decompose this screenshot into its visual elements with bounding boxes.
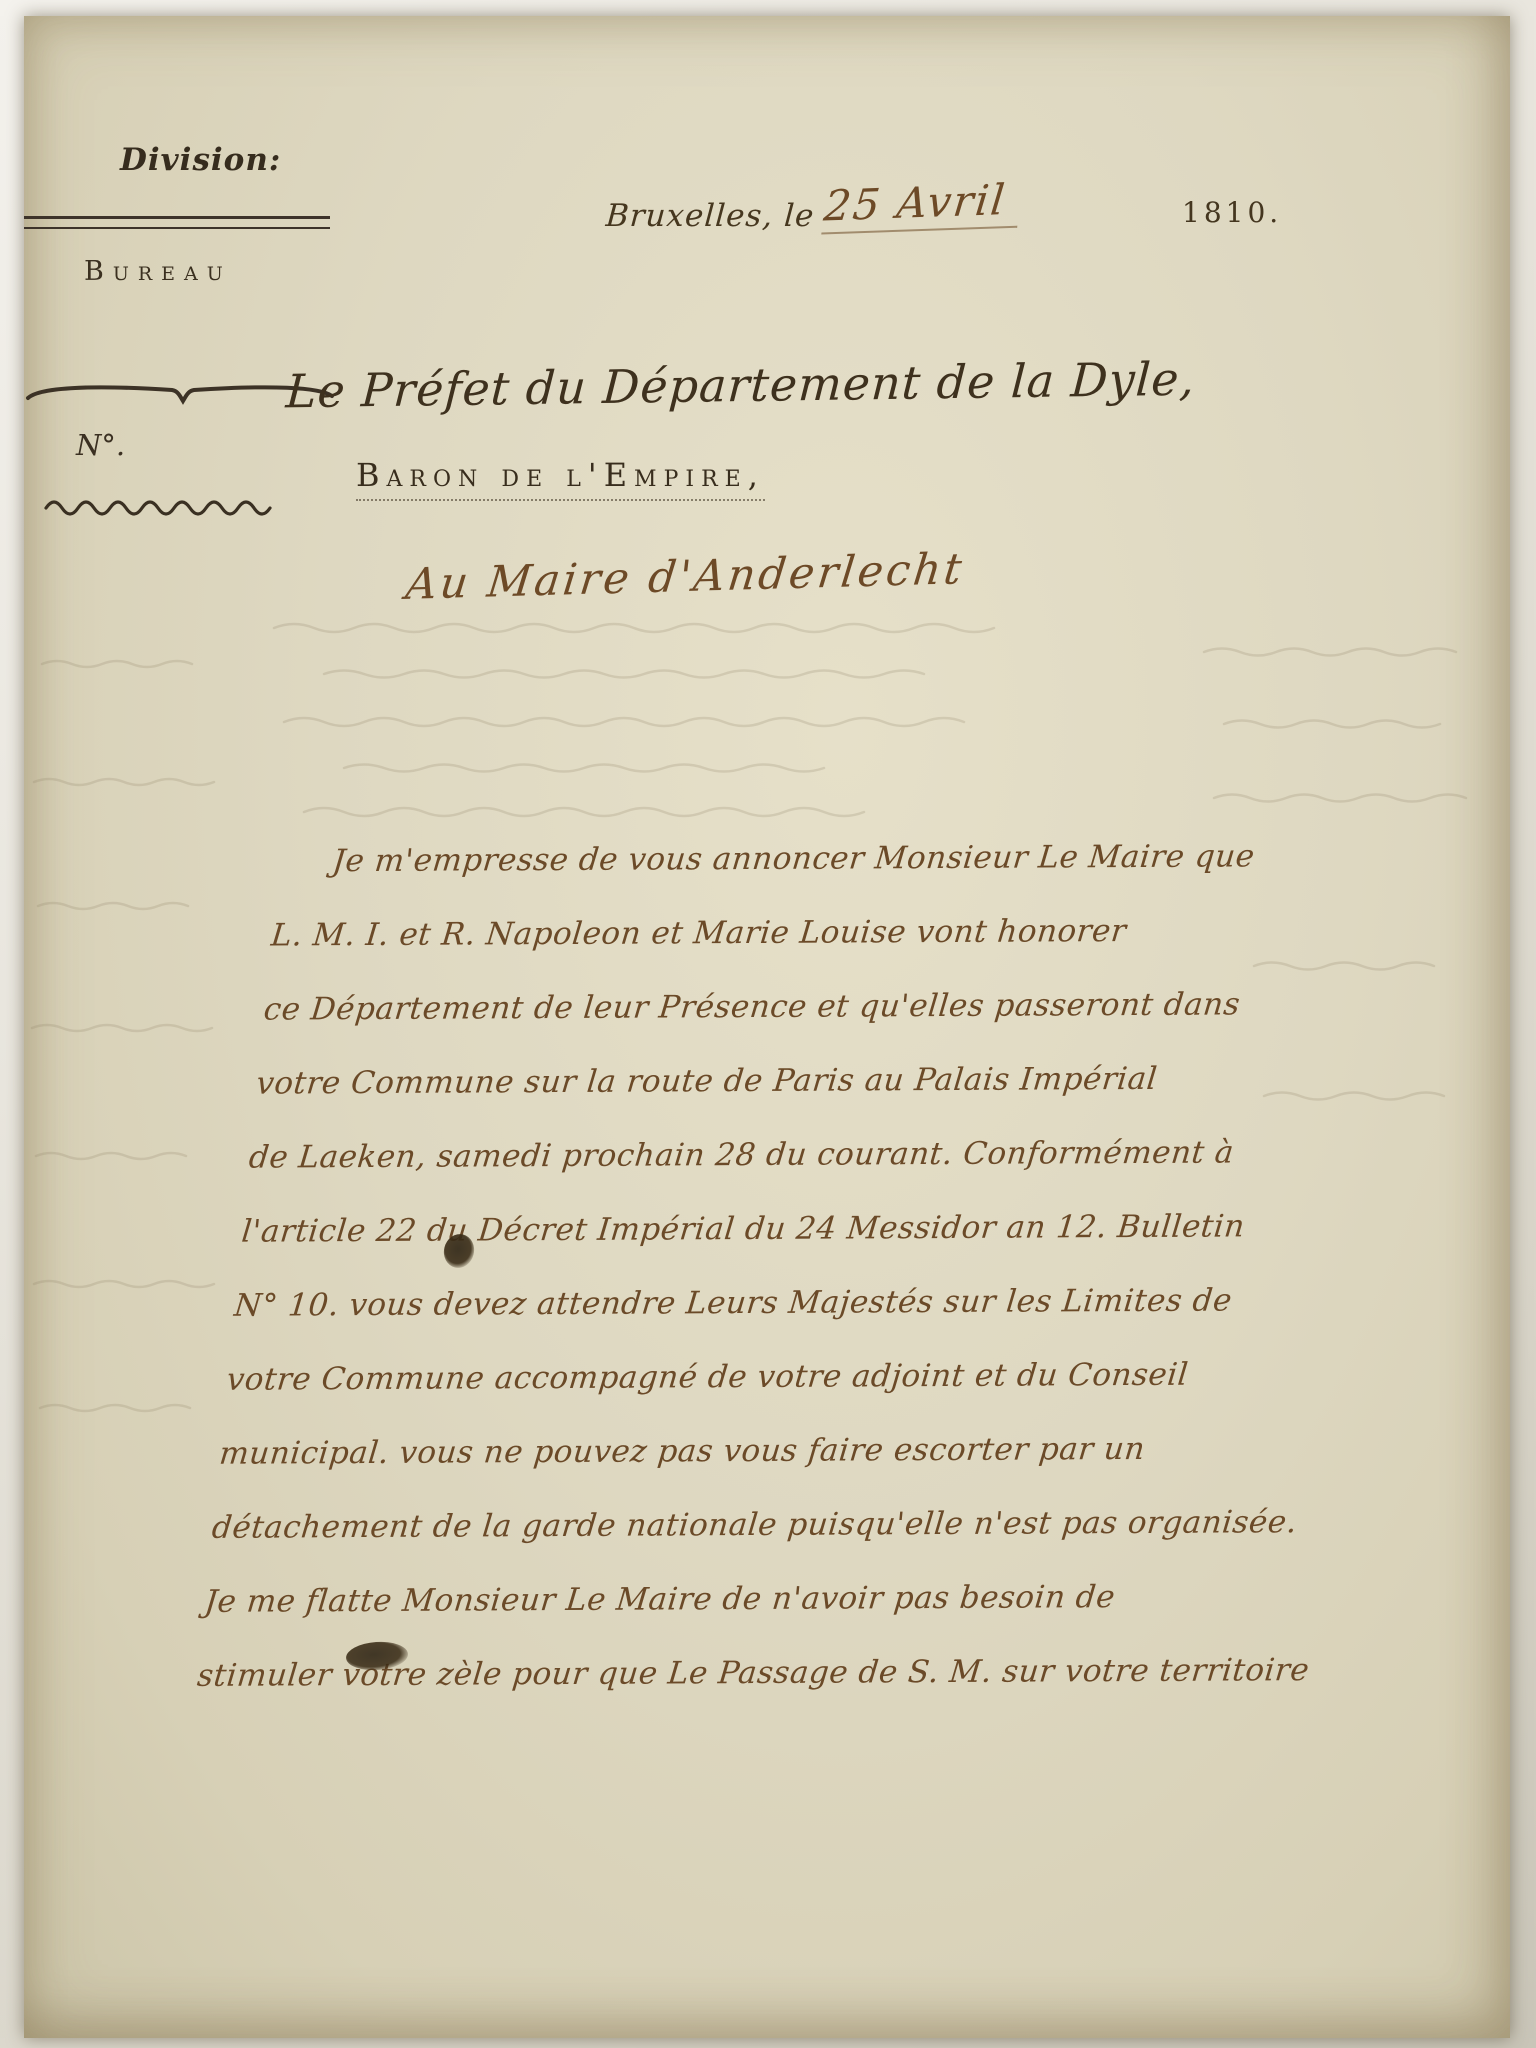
body-line: de Laeken, samedi prochain 28 du courant… — [245, 1115, 1282, 1194]
body-line: L. M. I. et R. Napoleon et Marie Louise … — [268, 893, 1305, 972]
recipient-line: Au Maire d'Anderlecht — [403, 544, 967, 610]
body-line: stimuler votre zèle pour que Le Passage … — [194, 1634, 1231, 1713]
letter-title: Le Préfet du Département de la Dyle, — [285, 352, 1197, 419]
dateline-year: 1810. — [1182, 196, 1282, 229]
numero-label: N°. — [76, 428, 125, 462]
letter-body: Je m'empresse de vous annoncer Monsieur … — [194, 819, 1313, 1713]
letter-photo: Division: Bureau N°. Bruxelles, le 25 Av… — [0, 0, 1536, 2048]
body-line: municipal. vous ne pouvez pas vous faire… — [216, 1411, 1253, 1490]
letter-paper: Division: Bureau N°. Bruxelles, le 25 Av… — [24, 16, 1510, 2038]
body-line: Je m'empresse de vous annoncer Monsieur … — [275, 819, 1312, 898]
chain-ornament — [42, 496, 272, 516]
dateline-handwritten-date: 25 Avril — [821, 174, 1023, 234]
body-line: votre Commune sur la route de Paris au P… — [253, 1041, 1290, 1120]
body-line: détachement de la garde nationale puisqu… — [208, 1485, 1245, 1564]
dateline-place: Bruxelles, le — [605, 198, 816, 234]
bureau-label: Bureau — [84, 256, 232, 287]
body-line: votre Commune accompagné de votre adjoin… — [223, 1337, 1260, 1416]
letter-subtitle: Baron de l'Empire, — [356, 456, 765, 501]
body-line: N° 10. vous devez attendre Leurs Majesté… — [231, 1263, 1268, 1342]
body-line: ce Département de leur Présence et qu'el… — [260, 967, 1297, 1046]
body-line: Je me flatte Monsieur Le Maire de n'avoi… — [201, 1559, 1238, 1638]
body-line: l'article 22 du Décret Impérial du 24 Me… — [238, 1189, 1275, 1268]
double-rule-divider — [24, 216, 330, 229]
division-label: Division: — [120, 142, 281, 178]
